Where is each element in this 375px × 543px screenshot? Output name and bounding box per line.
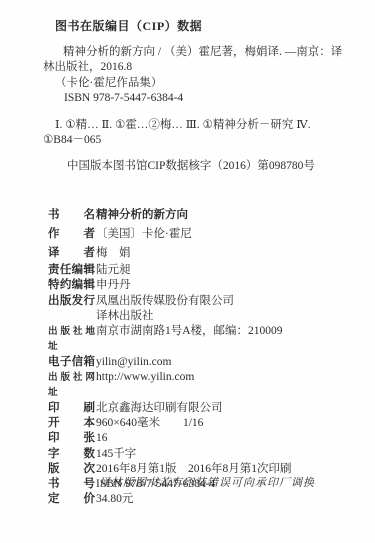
- detail-value: http://www.yilin.com: [96, 370, 194, 385]
- detail-value: 精神分析的新方向: [96, 206, 188, 225]
- cip-description-line1: 精神分析的新方向 / （美）霍尼著，梅娟译. —南京：译: [63, 45, 351, 61]
- cip-classification-line2: ①B84－065: [43, 133, 351, 149]
- detail-row-price: 定价 34.80元: [48, 492, 363, 507]
- detail-value: 145千字: [96, 447, 136, 462]
- detail-label: 印刷: [48, 401, 95, 416]
- detail-row-format: 开本 960×640毫米 1/16: [48, 416, 363, 431]
- detail-value: 34.80元: [96, 492, 133, 507]
- cip-record-number-line: 中国版本图书馆CIP数据核字（2016）第098780号: [67, 159, 351, 175]
- detail-row-email: 电子信箱 yilin@yilin.com: [48, 355, 363, 370]
- detail-row-printer: 印刷 北京鑫海达印刷有限公司: [48, 401, 363, 416]
- cip-isbn-line: ISBN 978-7-5447-6384-4: [64, 91, 351, 107]
- detail-row-publisher: 出版发行 凤凰出版传媒股份有限公司 译林出版社: [48, 294, 363, 325]
- detail-label: 出版社网址: [48, 370, 95, 401]
- detail-row-translator: 译者 梅 娟: [48, 244, 363, 263]
- detail-value: 16: [96, 431, 108, 446]
- publication-details: 书名 精神分析的新方向 作者 〔美国〕卡伦·霍尼 译者 梅 娟 责任编辑 陆元昶…: [48, 206, 363, 508]
- detail-label: 印张: [48, 431, 95, 446]
- cip-block: 图书在版编目（CIP）数据 精神分析的新方向 / （美）霍尼著，梅娟译. —南京…: [43, 19, 351, 174]
- detail-label: 出版社地址: [48, 324, 95, 355]
- detail-row-word-count: 字数 145千字: [48, 447, 363, 462]
- detail-row-author: 作者 〔美国〕卡伦·霍尼: [48, 225, 363, 244]
- detail-label: 版次: [48, 462, 95, 477]
- copyright-page: 图书在版编目（CIP）数据 精神分析的新方向 / （美）霍尼著，梅娟译. —南京…: [0, 0, 375, 543]
- misprint-exchange-note: 译林版图书若有印装错误可向承印厂调换: [99, 474, 315, 490]
- publisher-line2: 译林出版社: [96, 309, 234, 324]
- detail-value: 申丹丹: [96, 278, 131, 293]
- detail-label: 电子信箱: [48, 355, 95, 370]
- detail-label: 开本: [48, 416, 95, 431]
- detail-value: yilin@yilin.com: [96, 355, 171, 370]
- detail-value: 陆元昶: [96, 263, 131, 278]
- detail-value: 南京市湖南路1号A楼，邮编：210009: [96, 324, 283, 339]
- cip-classification-line1: Ⅰ. ①精… Ⅱ. ①霍…②梅… Ⅲ. ①精神分析－研究 Ⅳ.: [55, 118, 351, 134]
- publisher-line1: 凤凰出版传媒股份有限公司: [96, 294, 234, 309]
- detail-value: 北京鑫海达印刷有限公司: [96, 401, 223, 416]
- detail-label: 字数: [48, 447, 95, 462]
- detail-row-book-title: 书名 精神分析的新方向: [48, 206, 363, 225]
- detail-label: 书号: [48, 477, 95, 492]
- detail-row-special-editor: 特约编辑 申丹丹: [48, 278, 363, 293]
- detail-label: 作者: [48, 225, 95, 244]
- detail-row-responsible-editor: 责任编辑 陆元昶: [48, 263, 363, 278]
- detail-row-publisher-address: 出版社地址 南京市湖南路1号A楼，邮编：210009: [48, 324, 363, 355]
- detail-label: 定价: [48, 492, 95, 507]
- detail-value: 〔美国〕卡伦·霍尼: [96, 225, 192, 244]
- detail-label: 出版发行: [48, 294, 95, 309]
- detail-value: 梅 娟: [96, 244, 131, 263]
- detail-row-sheets: 印张 16: [48, 431, 363, 446]
- detail-row-website: 出版社网址 http://www.yilin.com: [48, 370, 363, 401]
- cip-heading: 图书在版编目（CIP）数据: [55, 19, 351, 35]
- detail-label: 责任编辑: [48, 263, 95, 278]
- detail-value: 960×640毫米 1/16: [96, 416, 203, 431]
- detail-label: 书名: [48, 206, 95, 225]
- cip-series-line: （卡伦·霍尼作品集）: [55, 76, 351, 92]
- cip-description-line2: 林出版社，2016.8: [43, 60, 351, 76]
- detail-value: 凤凰出版传媒股份有限公司 译林出版社: [96, 294, 234, 325]
- detail-label: 译者: [48, 244, 95, 263]
- detail-label: 特约编辑: [48, 278, 95, 293]
